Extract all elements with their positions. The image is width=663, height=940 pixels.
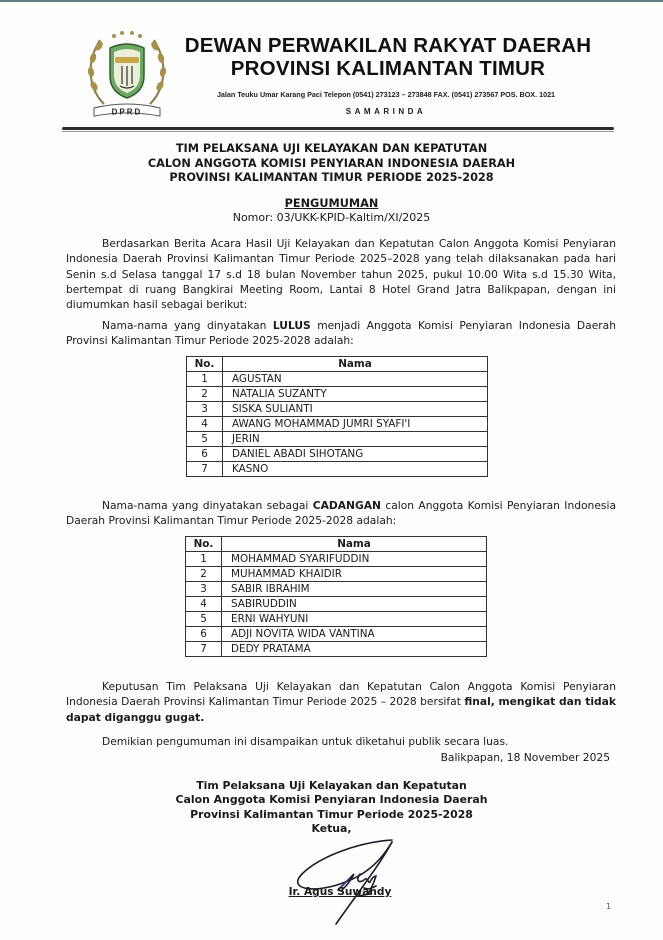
row-number: 2 (186, 567, 222, 582)
row-name: SABIR IBRAHIM (222, 582, 487, 597)
page-number: 1 (606, 902, 611, 911)
row-number: 3 (186, 582, 222, 597)
row-name: AWANG MOHAMMAD JUMRI SYAFI'I (223, 417, 488, 432)
row-number: 2 (187, 387, 223, 402)
row-number: 4 (186, 597, 222, 612)
table-row: 7DEDY PRATAMA (186, 642, 487, 657)
row-name: SISKA SULIANTI (223, 402, 488, 417)
svg-text:DPRD: DPRD (112, 108, 143, 117)
table-row: 5JERIN (187, 432, 488, 447)
signer-name: Ir. Agus Suwandy (285, 886, 395, 898)
row-name: DEDY PRATAMA (222, 642, 487, 657)
row-number: 5 (187, 432, 223, 447)
row-name: DANIEL ABADI SIHOTANG (223, 447, 488, 462)
row-number: 3 (187, 402, 223, 417)
cadangan-paragraph: Nama-nama yang dinyatakan sebagai CADANG… (66, 498, 616, 529)
lulus-label: LULUS (273, 319, 311, 332)
intro-paragraph: Berdasarkan Berita Acara Hasil Uji Kelay… (66, 236, 616, 312)
top-border (0, 0, 663, 2)
row-number: 6 (187, 447, 223, 462)
col-header-no: No. (187, 357, 223, 372)
table-row: 4SABIRUDDIN (186, 597, 487, 612)
row-name: ERNI WAHYUNI (222, 612, 487, 627)
row-name: AGUSTAN (223, 372, 488, 387)
table-row: 1AGUSTAN (187, 372, 488, 387)
announcement-number: Nomor: 03/UKK-KPID-Kaltim/XI/2025 (0, 211, 663, 224)
row-name: MOHAMMAD SYARIFUDDIN (222, 552, 487, 567)
institution-city: SAMARINDA (166, 107, 606, 116)
cadangan-table: No. Nama 1MOHAMMAD SYARIFUDDIN 2MUHAMMAD… (185, 536, 487, 657)
row-number: 4 (187, 417, 223, 432)
row-number: 1 (186, 552, 222, 567)
row-number: 1 (187, 372, 223, 387)
sign-line-3: Provinsi Kalimantan Timur Periode 2025-2… (0, 808, 663, 822)
announcement-title: PENGUMUMAN (0, 197, 663, 210)
row-name: JERIN (223, 432, 488, 447)
row-number: 7 (187, 462, 223, 477)
lulus-paragraph: Nama-nama yang dinyatakan LULUS menjadi … (66, 318, 616, 349)
institution-province: PROVINSI KALIMANTAN TIMUR (178, 57, 598, 81)
table-row: 7KASNO (187, 462, 488, 477)
sign-line-1: Tim Pelaksana Uji Kelayakan dan Kepatuta… (0, 779, 663, 793)
table-row: 2NATALIA SUZANTY (187, 387, 488, 402)
row-name: ADJI NOVITA WIDA VANTINA (222, 627, 487, 642)
row-number: 7 (186, 642, 222, 657)
sign-line-2: Calon Anggota Komisi Penyiaran Indonesia… (0, 793, 663, 807)
letterhead-divider-thin (62, 131, 614, 132)
letterhead-divider (62, 127, 614, 130)
dprd-emblem-icon: DPRD (84, 26, 170, 122)
closing-paragraph: Demikian pengumuman ini disampaikan untu… (66, 734, 616, 749)
document-heading: TIM PELAKSANA UJI KELAYAKAN DAN KEPATUTA… (0, 142, 663, 186)
signature-icon (280, 828, 430, 940)
decision-paragraph: Keputusan Tim Pelaksana Uji Kelayakan da… (66, 679, 616, 725)
row-name: KASNO (223, 462, 488, 477)
heading-line-1: TIM PELAKSANA UJI KELAYAKAN DAN KEPATUTA… (0, 142, 663, 157)
col-header-no: No. (186, 537, 222, 552)
institution-address: Jalan Teuku Umar Karang Paci Telepon (05… (166, 90, 606, 99)
table-row: 6ADJI NOVITA WIDA VANTINA (186, 627, 487, 642)
col-header-name: Nama (222, 537, 487, 552)
row-name: NATALIA SUZANTY (223, 387, 488, 402)
row-number: 6 (186, 627, 222, 642)
table-header-row: No. Nama (187, 357, 488, 372)
row-name: SABIRUDDIN (222, 597, 487, 612)
table-header-row: No. Nama (186, 537, 487, 552)
row-number: 5 (186, 612, 222, 627)
place-date: Balikpapan, 18 November 2025 (400, 751, 610, 764)
table-row: 5ERNI WAHYUNI (186, 612, 487, 627)
cadangan-label: CADANGAN (313, 499, 381, 512)
heading-line-3: PROVINSI KALIMANTAN TIMUR PERIODE 2025-2… (0, 171, 663, 186)
table-row: 4AWANG MOHAMMAD JUMRI SYAFI'I (187, 417, 488, 432)
table-row: 3SABIR IBRAHIM (186, 582, 487, 597)
heading-line-2: CALON ANGGOTA KOMISI PENYIARAN INDONESIA… (0, 157, 663, 172)
row-name: MUHAMMAD KHAIDIR (222, 567, 487, 582)
lulus-table: No. Nama 1AGUSTAN 2NATALIA SUZANTY 3SISK… (186, 356, 488, 477)
table-row: 6DANIEL ABADI SIHOTANG (187, 447, 488, 462)
table-row: 2MUHAMMAD KHAIDIR (186, 567, 487, 582)
table-row: 3SISKA SULIANTI (187, 402, 488, 417)
col-header-name: Nama (223, 357, 488, 372)
institution-name: DEWAN PERWAKILAN RAKYAT DAERAH (178, 34, 598, 58)
table-row: 1MOHAMMAD SYARIFUDDIN (186, 552, 487, 567)
